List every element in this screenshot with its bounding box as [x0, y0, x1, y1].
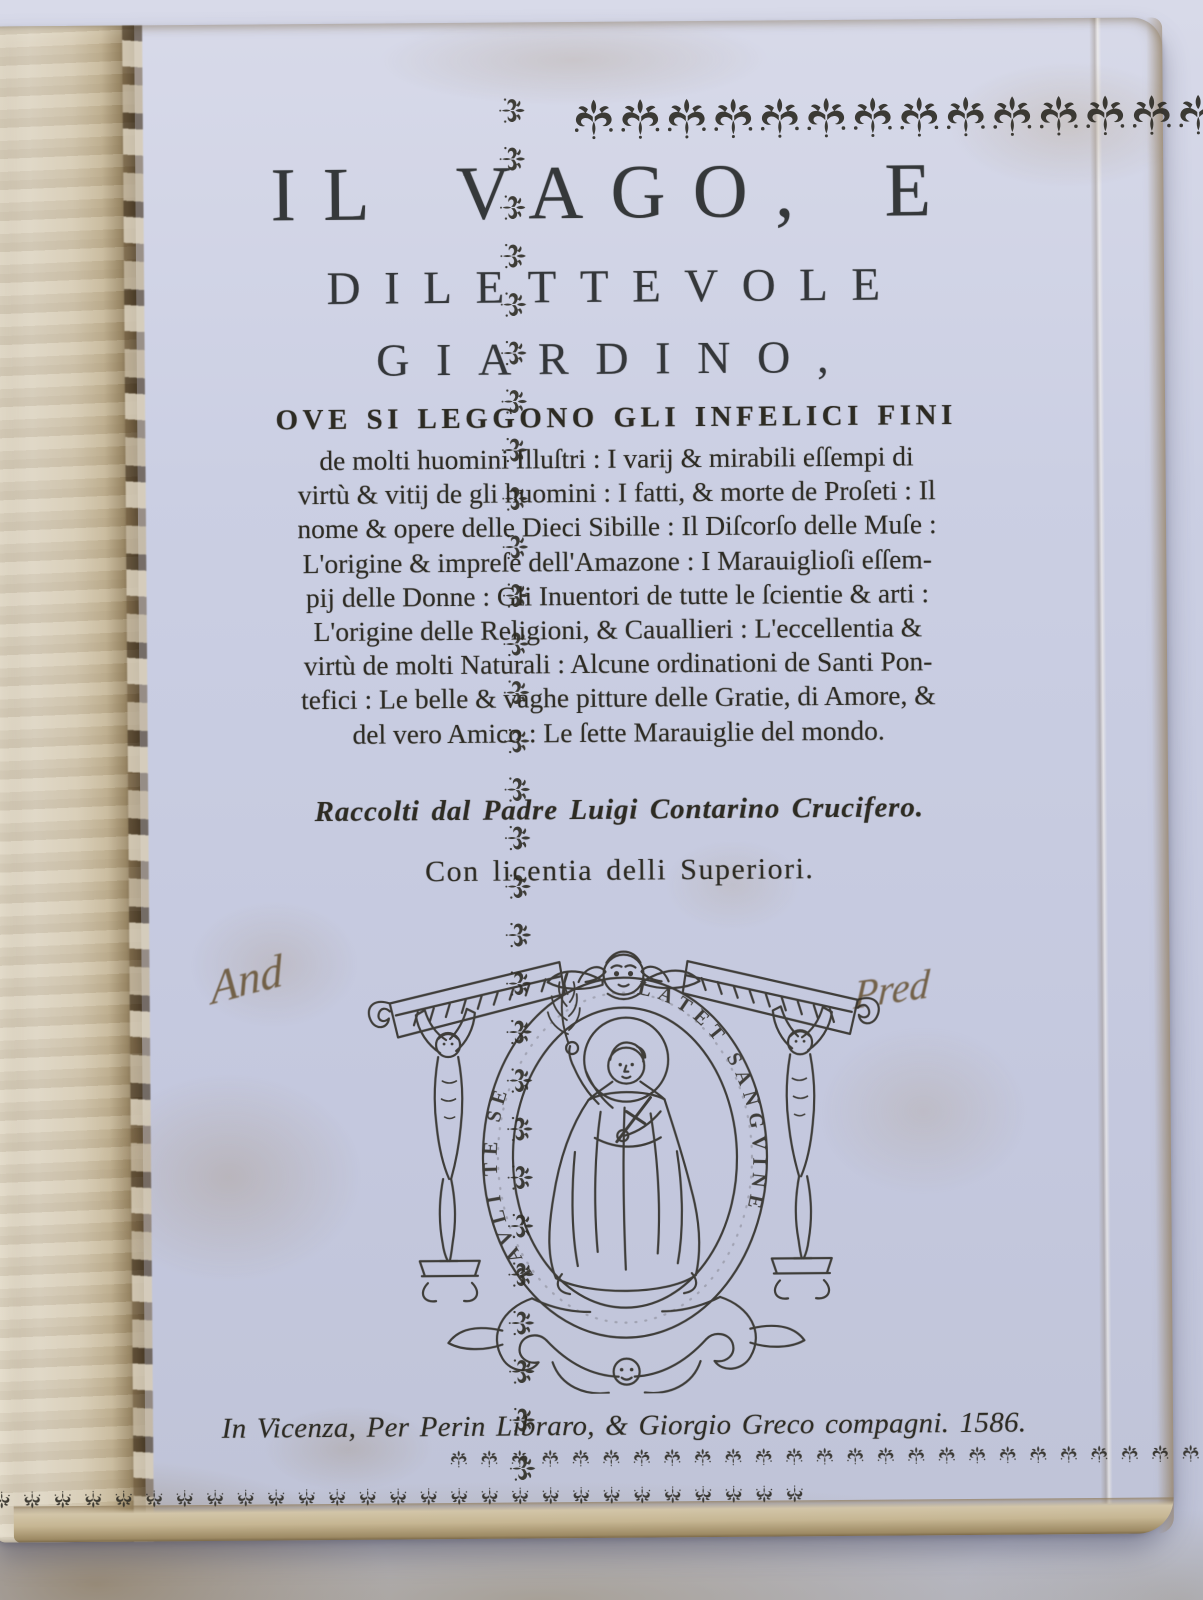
device-saint-figure [547, 971, 699, 1294]
subtitle-caps-line: OVE SI LEGGONO GLI INFELICI FINI [211, 399, 1021, 438]
device-motto-right: LATET SANGVINE [636, 976, 771, 1218]
device-atlante-left [416, 1009, 480, 1302]
device-oval-ring: PAVLI TE SE LATET SANGVINE [478, 976, 772, 1339]
page-fold-crease [1089, 18, 1113, 1504]
handwritten-inscription-left: And [209, 943, 285, 1015]
printers-device-woodcut: PAVLI TE SE LATET SANGVINE [353, 900, 897, 1396]
main-title-line-3: GIARDINO, [210, 329, 1020, 388]
main-title-line-1: IL VAGO, E [209, 147, 1020, 240]
device-motto-left: PAVLI TE SE [479, 1081, 537, 1283]
argument-line: nome & opere delle Dieci Sibille : Il Di… [212, 507, 1022, 548]
photo-of-antique-book: IL VAGO, E DILETTEVOLE GIARDINO, OVE SI … [0, 0, 1203, 1600]
compiler-byline: Raccolti dal Padre Luigi Contarino Cruci… [214, 791, 1024, 830]
argument-line: del vero Amico : Le ſette Marauiglie del… [214, 712, 1024, 753]
argument-line: tefici : Le belle & vaghe pitture delle … [213, 678, 1023, 719]
licence-line: Con licentia delli Superiori. [215, 851, 1025, 891]
ornament-border-top [175, 92, 1057, 145]
book-title-page: IL VAGO, E DILETTEVOLE GIARDINO, OVE SI … [0, 17, 1174, 1542]
ornament-border-right [1025, 92, 1072, 1496]
device-cartouche [448, 1296, 805, 1394]
argument-paragraph: de molti huomini Illuſtri : I varij & mi… [211, 439, 1023, 753]
main-title-line-2: DILETTEVOLE [210, 257, 1020, 317]
imprint-line: In Vicenza, Per Perin Libraro, & Giorgio… [219, 1406, 1029, 1445]
